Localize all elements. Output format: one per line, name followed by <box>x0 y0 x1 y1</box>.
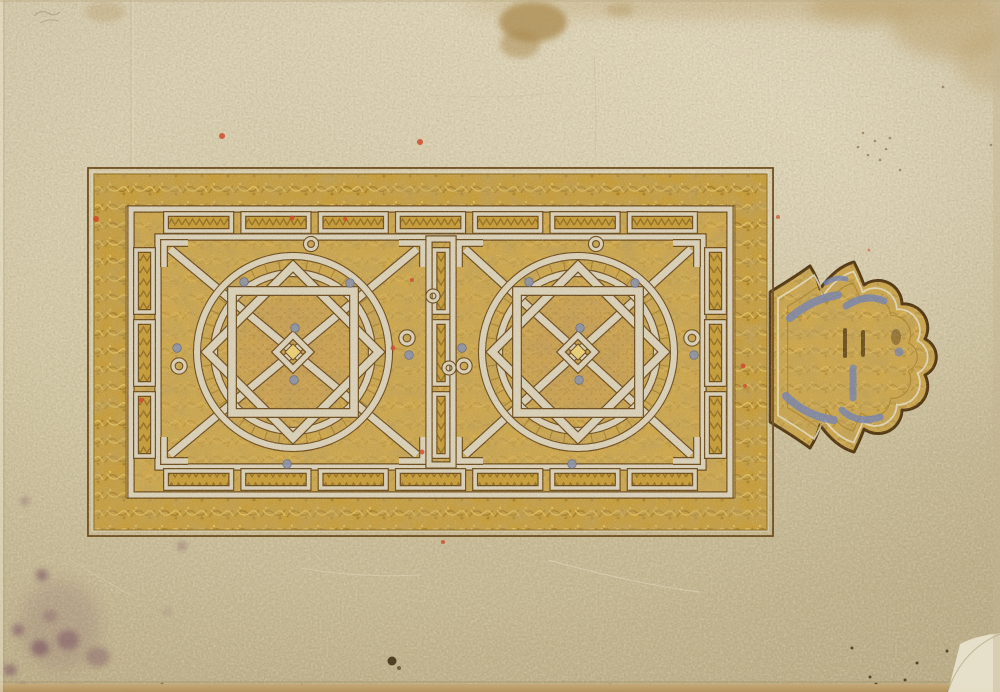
flyspeck <box>857 146 860 149</box>
flyspeck <box>942 86 945 89</box>
flyspeck <box>867 154 870 157</box>
purple-stain <box>31 640 49 656</box>
left-edge-highlight <box>0 0 3 692</box>
red-speck <box>868 249 871 252</box>
flyspeck <box>879 159 882 162</box>
red-speck <box>420 450 425 455</box>
purple-stain <box>12 624 24 636</box>
red-speck <box>743 384 747 388</box>
flyspeck <box>990 144 993 147</box>
tan-stain <box>85 2 125 22</box>
purple-stain <box>3 664 17 676</box>
dark-speck <box>916 662 919 665</box>
flyspeck <box>874 140 877 143</box>
flyspeck <box>889 137 892 140</box>
manuscript-scene <box>0 0 1000 692</box>
bottom-edge-strip <box>0 684 1000 692</box>
ink-spot-small <box>397 666 401 670</box>
red-speck <box>741 364 746 369</box>
purple-stain <box>36 569 48 581</box>
red-speck <box>139 398 144 403</box>
red-speck <box>776 215 780 219</box>
ink-spot <box>388 657 397 666</box>
bottom-edge-line <box>0 681 1000 683</box>
red-speck <box>391 346 396 351</box>
red-speck <box>441 540 445 544</box>
flyspeck <box>862 132 865 135</box>
dark-speck <box>851 647 854 650</box>
manuscript-photo: Photograph of a parchment manuscript fol… <box>0 0 1000 692</box>
tan-stain <box>500 30 540 58</box>
purple-stain <box>43 610 57 622</box>
purple-stain <box>57 630 79 650</box>
flyspeck <box>885 148 888 151</box>
red-speck <box>93 216 99 222</box>
red-speck <box>343 217 347 221</box>
red-speck <box>219 133 225 139</box>
purple-stain <box>86 647 110 667</box>
dark-speck <box>869 676 872 679</box>
tan-stain <box>606 3 634 17</box>
flyspeck <box>899 169 902 172</box>
purple-stain <box>21 497 29 505</box>
top-edge-line <box>0 0 1000 2</box>
red-speck <box>290 216 295 221</box>
purple-stain <box>177 542 187 550</box>
right-edge-shade <box>993 0 1000 692</box>
red-speck <box>410 278 414 282</box>
dark-speck <box>946 650 949 653</box>
purple-stain <box>163 609 171 615</box>
red-speck <box>417 139 423 145</box>
